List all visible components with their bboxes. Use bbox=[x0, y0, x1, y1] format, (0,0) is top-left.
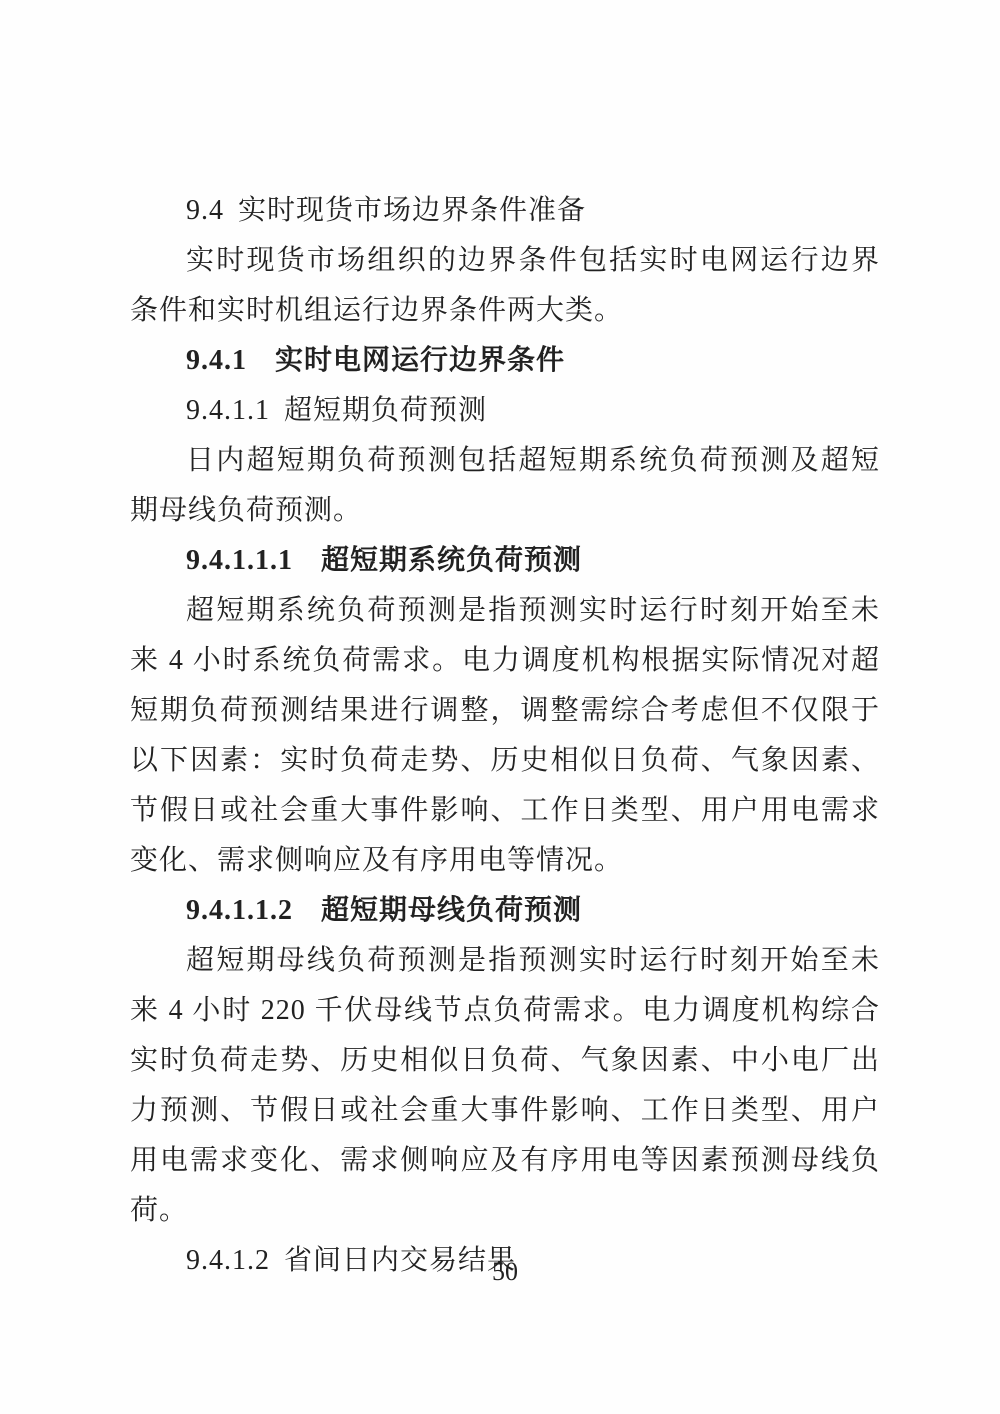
section-title: 超短期系统负荷预测 bbox=[321, 545, 582, 576]
section-heading-9-4-1: 9.4.1实时电网运行边界条件 bbox=[130, 336, 880, 386]
section-number: 9.4.1.1 bbox=[186, 395, 270, 426]
page-number: 50 bbox=[130, 1252, 880, 1292]
body-paragraph: 实时现货市场组织的边界条件包括实时电网运行边界条件和实时机组运行边界条件两大类。 bbox=[130, 236, 880, 336]
document-page: 9.4实时现货市场边界条件准备实时现货市场组织的边界条件包括实时电网运行边界条件… bbox=[0, 0, 1000, 1414]
section-title: 超短期母线负荷预测 bbox=[321, 895, 582, 926]
body-paragraph: 超短期系统负荷预测是指预测实时运行时刻开始至未来 4 小时系统负荷需求。电力调度… bbox=[130, 586, 880, 886]
section-title: 实时现货市场边界条件准备 bbox=[238, 195, 586, 226]
section-heading-9-4-1-1-2: 9.4.1.1.2超短期母线负荷预测 bbox=[130, 886, 880, 936]
section-number: 9.4 bbox=[186, 195, 224, 226]
document-body: 9.4实时现货市场边界条件准备实时现货市场组织的边界条件包括实时电网运行边界条件… bbox=[130, 186, 880, 1286]
body-paragraph: 超短期母线负荷预测是指预测实时运行时刻开始至未来 4 小时 220 千伏母线节点… bbox=[130, 936, 880, 1236]
section-number: 9.4.1.1.1 bbox=[186, 545, 293, 576]
section-number: 9.4.1.1.2 bbox=[186, 895, 293, 926]
section-heading-9-4: 9.4实时现货市场边界条件准备 bbox=[130, 186, 880, 236]
section-title: 超短期负荷预测 bbox=[284, 395, 487, 426]
section-heading-9-4-1-1-1: 9.4.1.1.1超短期系统负荷预测 bbox=[130, 536, 880, 586]
section-heading-9-4-1-1: 9.4.1.1超短期负荷预测 bbox=[130, 386, 880, 436]
body-paragraph: 日内超短期负荷预测包括超短期系统负荷预测及超短期母线负荷预测。 bbox=[130, 436, 880, 536]
section-title: 实时电网运行边界条件 bbox=[275, 345, 565, 376]
section-number: 9.4.1 bbox=[186, 345, 247, 376]
